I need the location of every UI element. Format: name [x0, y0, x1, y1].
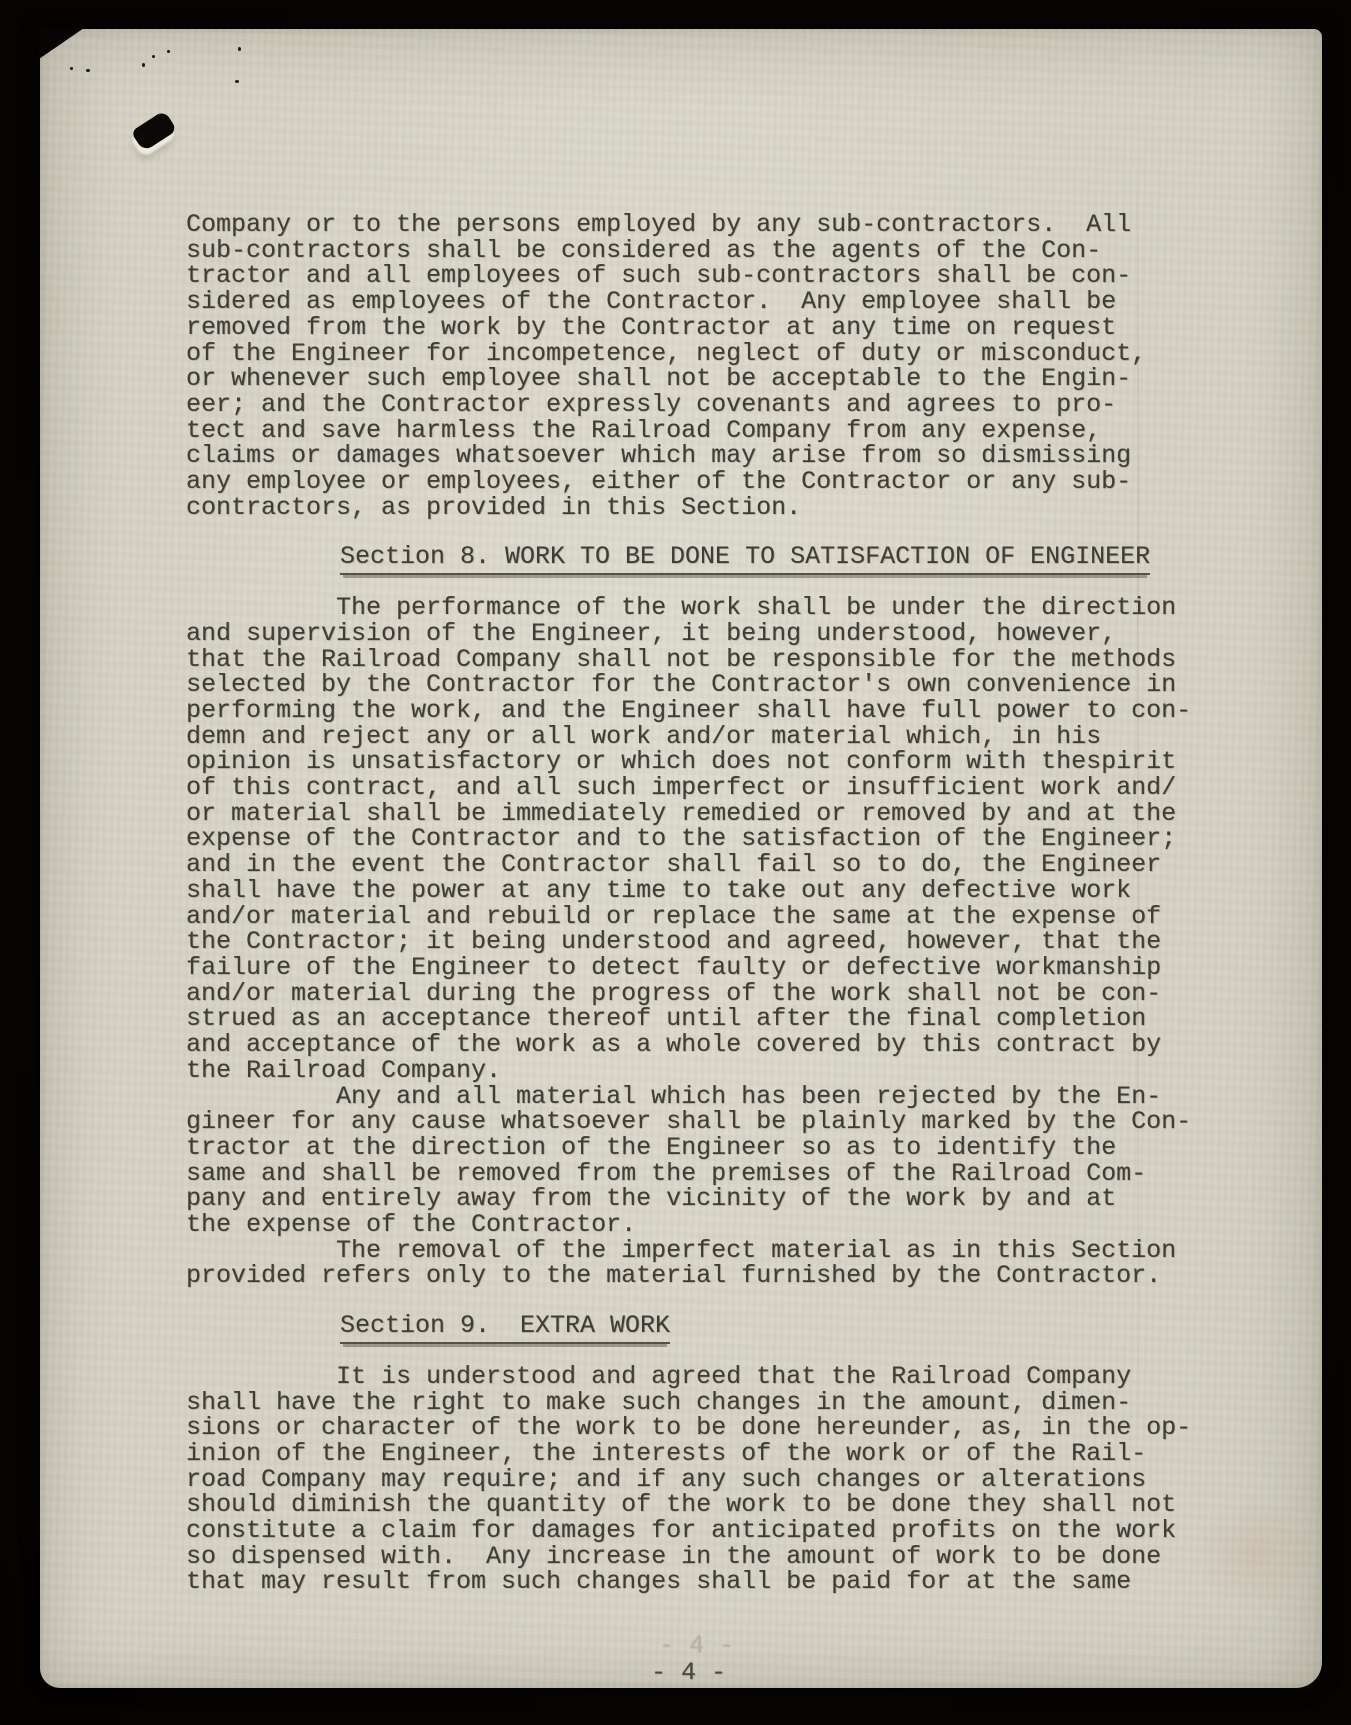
speckle [86, 69, 90, 72]
speckle [167, 50, 170, 53]
section-9-body: It is understood and agreed that the Rai… [186, 1364, 1191, 1595]
section-8-body: The performance of the work shall be und… [186, 595, 1191, 1289]
punch-hole [131, 110, 178, 152]
document-page: Company or to the persons employed by an… [40, 29, 1322, 1688]
section-9-heading-text: Section 9. EXTRA WORK [340, 1313, 670, 1344]
page-number: - 4 - [651, 1660, 726, 1686]
speckle [152, 55, 155, 58]
speckle [142, 63, 145, 67]
speckle [70, 67, 73, 70]
torn-corner [39, 28, 84, 59]
photo-background: Company or to the persons employed by an… [0, 0, 1351, 1725]
document-text: Company or to the persons employed by an… [186, 212, 1191, 1595]
speckle [238, 47, 241, 51]
intro-paragraph: Company or to the persons employed by an… [186, 212, 1191, 520]
section-8-heading-text: Section 8. WORK TO BE DONE TO SATISFACTI… [340, 544, 1150, 575]
page-number-ghost: - 4 - [659, 1633, 734, 1659]
stain [1190, 1499, 1320, 1609]
section-8-heading: Section 8. WORK TO BE DONE TO SATISFACTI… [186, 544, 1191, 575]
speckle [235, 80, 239, 83]
section-9-heading: Section 9. EXTRA WORK [186, 1313, 1191, 1344]
